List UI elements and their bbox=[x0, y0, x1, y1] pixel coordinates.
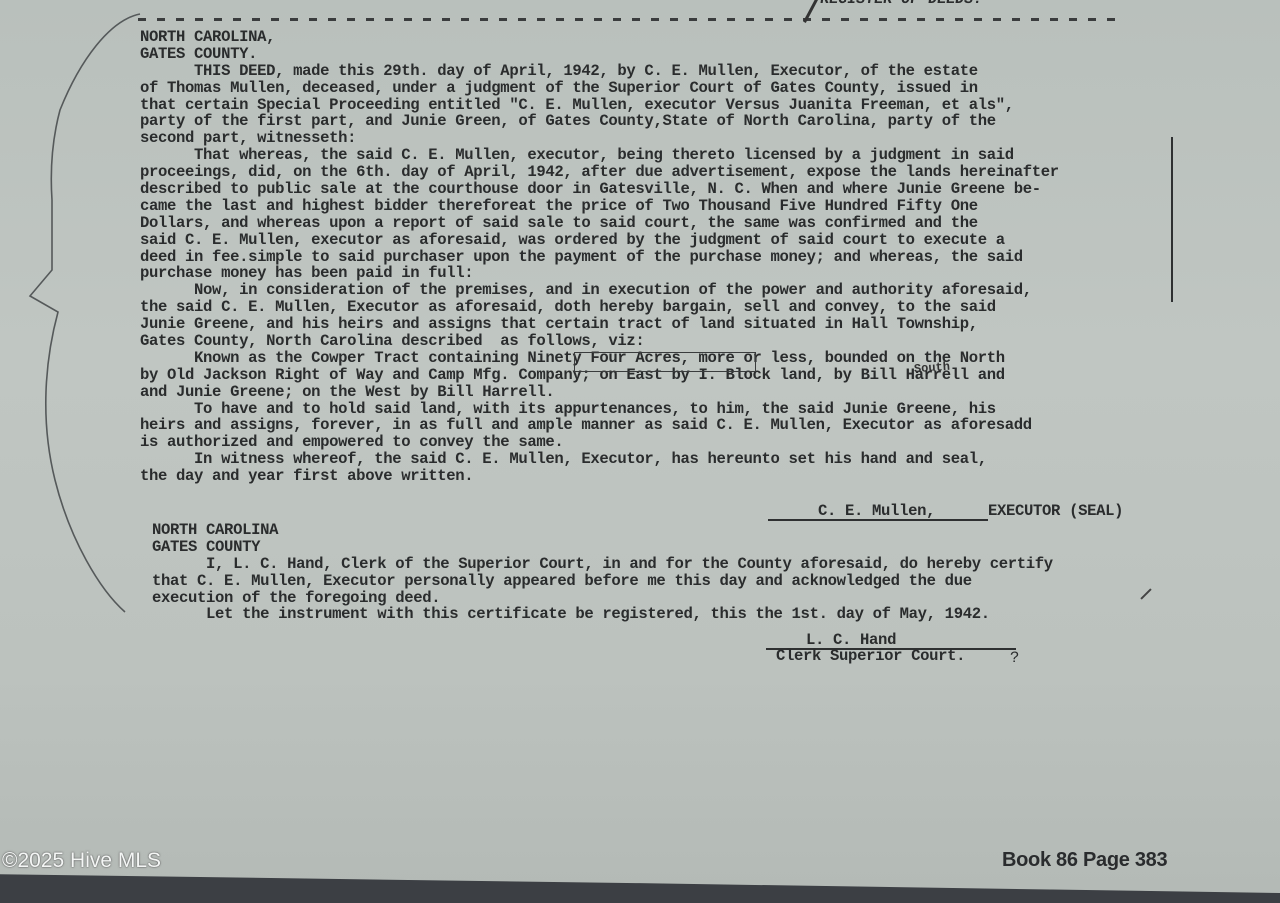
text-line: NORTH CAROLINA bbox=[152, 522, 1053, 539]
text-line: described to public sale at the courthou… bbox=[140, 181, 1059, 198]
text-line: In witness whereof, the said C. E. Mulle… bbox=[140, 451, 1059, 468]
text-line: said C. E. Mullen, executor as aforesaid… bbox=[140, 232, 1059, 249]
text-line: deed in fee.simple to said purchaser upo… bbox=[140, 249, 1059, 266]
text-line: proceeings, did, on the 6th. day of Apri… bbox=[140, 164, 1059, 181]
text-line: heirs and assigns, forever, in as full a… bbox=[140, 417, 1059, 434]
deed-body: NORTH CAROLINA,GATES COUNTY. THIS DEED, … bbox=[140, 29, 1059, 485]
text-line: the said C. E. Mullen, Executor as afore… bbox=[140, 299, 1059, 316]
text-line: purchase money has been paid in full: bbox=[140, 265, 1059, 282]
executor-title: EXECUTOR (SEAL) bbox=[988, 503, 1123, 520]
text-line: NORTH CAROLINA, bbox=[140, 29, 1059, 46]
text-line: is authorized and empowered to convey th… bbox=[140, 434, 1059, 451]
text-line: that C. E. Mullen, Executor personally a… bbox=[152, 573, 1053, 590]
acreage-highlight-box bbox=[574, 352, 756, 372]
stray-mark: ? bbox=[1010, 650, 1019, 667]
text-line: of Thomas Mullen, deceased, under a judg… bbox=[140, 80, 1059, 97]
handwritten-insert: South bbox=[914, 360, 951, 376]
text-line: I, L. C. Hand, Clerk of the Superior Cou… bbox=[152, 556, 1053, 573]
text-line: Dollars, and whereas upon a report of sa… bbox=[140, 215, 1059, 232]
margin-vertical-mark bbox=[1171, 137, 1173, 302]
text-line: second part, witnesseth: bbox=[140, 130, 1059, 147]
register-of-deeds-stamp: REGISTER OF DEEDS. bbox=[819, 0, 983, 8]
text-line: execution of the foregoing deed. bbox=[152, 590, 1053, 607]
text-line: that certain Special Proceeding entitled… bbox=[140, 97, 1059, 114]
text-line: GATES COUNTY bbox=[152, 539, 1053, 556]
certificate-body: NORTH CAROLINAGATES COUNTY I, L. C. Hand… bbox=[152, 522, 1053, 623]
text-line: Now, in consideration of the premises, a… bbox=[140, 282, 1059, 299]
text-line: Gates County, North Carolina described a… bbox=[140, 333, 1059, 350]
separator-dashed-line bbox=[138, 18, 1118, 21]
text-line: Let the instrument with this certificate… bbox=[152, 606, 1053, 623]
text-line: To have and to hold said land, with its … bbox=[140, 401, 1059, 418]
executor-signature: C. E. Mullen, bbox=[818, 503, 935, 520]
text-line: THIS DEED, made this 29th. day of April,… bbox=[140, 63, 1059, 80]
text-line: and Junie Greene; on the West by Bill Ha… bbox=[140, 384, 1059, 401]
text-line: came the last and highest bidder therefo… bbox=[140, 198, 1059, 215]
clerk-title: Clerk Superior Court. bbox=[776, 648, 965, 665]
text-line: GATES COUNTY. bbox=[140, 46, 1059, 63]
book-page-label: Book 86 Page 383 bbox=[1002, 849, 1167, 872]
copyright-watermark: ©2025 Hive MLS bbox=[2, 849, 161, 873]
text-line: party of the first part, and Junie Green… bbox=[140, 113, 1059, 130]
text-line: the day and year first above written. bbox=[140, 468, 1059, 485]
text-line: That whereas, the said C. E. Mullen, exe… bbox=[140, 147, 1059, 164]
text-line: Junie Greene, and his heirs and assigns … bbox=[140, 316, 1059, 333]
